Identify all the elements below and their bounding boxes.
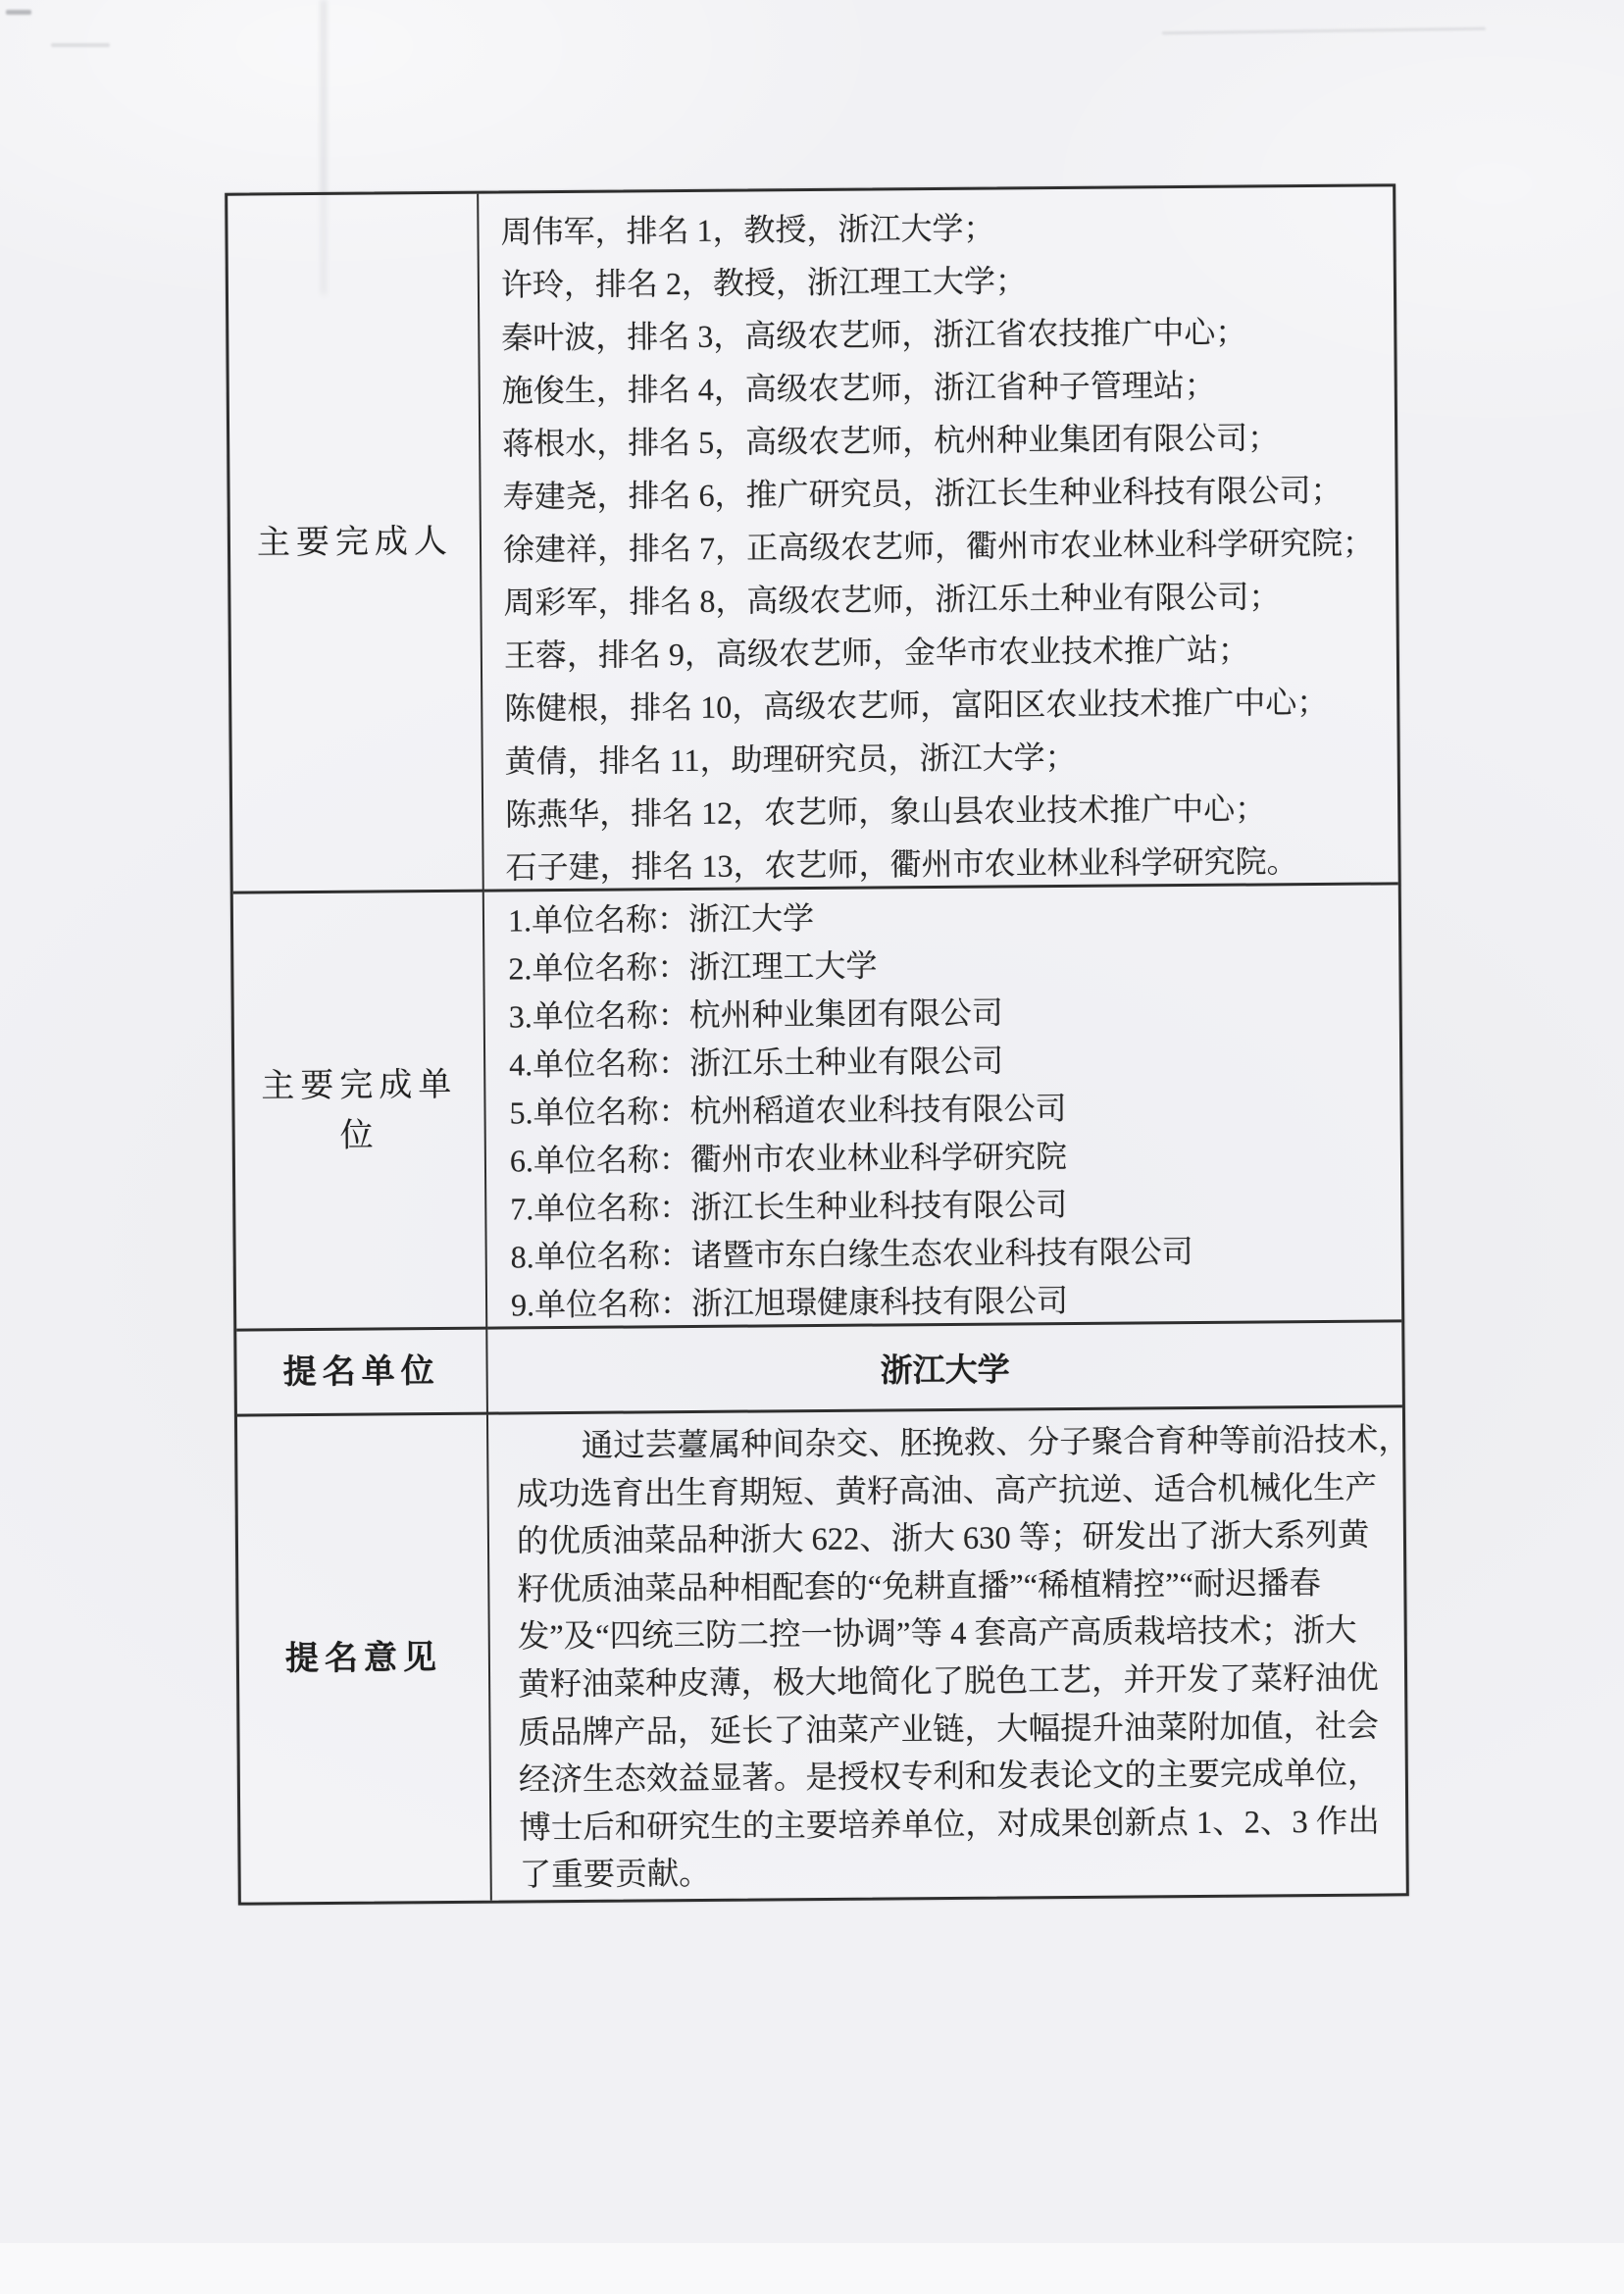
text-line: 质品牌产品，延长了油菜产业链，大幅提升油菜附加值，社会 <box>518 1703 1383 1758</box>
scanned-document-page: 主要完成人 周伟军，排名 1，教授，浙江大学；许玲，排名 2，教授，浙江理工大学… <box>0 0 1624 2294</box>
text-line: 陈燕华，排名 12，农艺师，象山县农业技术推广中心； <box>505 781 1380 841</box>
text-line: 3.单位名称：杭州种业集团有限公司 <box>509 986 1382 1041</box>
text-line: 经济生态效益显著。是授权专利和发表论文的主要完成单位， <box>519 1751 1384 1806</box>
scan-speck <box>6 10 31 15</box>
text-line: 许玲，排名 2，教授，浙江理工大学； <box>501 252 1376 312</box>
text-line: 4.单位名称：浙江乐土种业有限公司 <box>509 1034 1382 1089</box>
text-line: 位 <box>262 1109 458 1161</box>
row-nominating-unit-content-cell: 浙江大学 <box>487 1322 1402 1414</box>
text-line: 的优质油菜品种浙大 622、浙大 630 等；研发出了浙大系列黄 <box>517 1512 1382 1567</box>
row-nomination-opinion-content-cell: 通过芸薹属种间杂交、胚挽救、分子聚合育种等前沿技术，成功选育出生育期短、黄籽高油… <box>488 1407 1406 1900</box>
text-line: 发”及“四统三防二控一协调”等 4 套高产高质栽培技术；浙大 <box>518 1607 1383 1662</box>
text-line: 7.单位名称：浙江长生种业科技有限公司 <box>510 1178 1383 1233</box>
row-nomination-opinion-label-cell: 提名意见 <box>237 1415 492 1903</box>
row-label-main-contributors: 主要完成人 <box>257 517 453 569</box>
row-label-nominating-unit: 提名单位 <box>282 1347 439 1398</box>
text-line: 了重要贡献。 <box>519 1846 1384 1901</box>
text-line: 寿建尧，排名 6，推广研究员，浙江长生种业科技有限公司； <box>502 463 1377 523</box>
text-line: 5.单位名称：杭州稻道农业科技有限公司 <box>509 1082 1382 1137</box>
text-line: 徐建祥，排名 7，正高级农艺师，衢州市农业林业科学研究院； <box>503 516 1378 576</box>
row-main-units-content-cell: 1.单位名称：浙江大学2.单位名称：浙江理工大学3.单位名称：杭州种业集团有限公… <box>484 885 1401 1329</box>
text-line: 石子建，排名 13，农艺师，衢州市农业林业科学研究院。 <box>505 834 1380 892</box>
row-label-main-units: 主要完成单位 <box>261 1059 458 1161</box>
text-line: 施俊生，排名 4，高级农艺师，浙江省种子管理站； <box>502 357 1377 417</box>
text-line: 蒋根水，排名 5，高级农艺师，杭州种业集团有限公司； <box>502 410 1377 470</box>
text-line: 博士后和研究生的主要培养单位，对成果创新点 1、2、3 作出 <box>519 1798 1384 1853</box>
row-main-contributors-label-cell: 主要完成人 <box>228 194 484 894</box>
nominating-unit-value: 浙江大学 <box>880 1344 1009 1391</box>
text-line: 周彩军，排名 8，高级农艺师，浙江乐土种业有限公司； <box>503 569 1378 629</box>
row-main-contributors-content-cell: 周伟军，排名 1，教授，浙江大学；许玲，排名 2，教授，浙江理工大学；秦叶波，排… <box>479 186 1398 892</box>
text-line: 周伟军，排名 1，教授，浙江大学； <box>500 199 1375 259</box>
text-line: 陈健根，排名 10，高级农艺师，富阳区农业技术推广中心； <box>504 675 1379 735</box>
scan-speck <box>51 43 110 47</box>
text-line: 8.单位名称：诸暨市东白缘生态农业科技有限公司 <box>511 1226 1384 1281</box>
text-line: 王蓉，排名 9，高级农艺师，金华市农业技术推广站； <box>504 622 1379 682</box>
text-line: 成功选育出生育期短、黄籽高油、高产抗逆、适合机械化生产 <box>516 1464 1381 1519</box>
text-line: 提名单位 <box>282 1347 439 1398</box>
text-line: 提名意见 <box>285 1633 442 1684</box>
scan-streak <box>1162 27 1486 35</box>
text-line: 通过芸薹属种间杂交、胚挽救、分子聚合育种等前沿技术， <box>516 1416 1381 1471</box>
row-label-nomination-opinion: 提名意见 <box>285 1633 442 1684</box>
text-line: 秦叶波，排名 3，高级农艺师，浙江省农技推广中心； <box>501 304 1376 364</box>
text-line: 9.单位名称：浙江旭璟健康科技有限公司 <box>511 1274 1384 1329</box>
text-line: 黄籽油菜种皮薄，极大地简化了脱色工艺，并开发了菜籽油优 <box>518 1655 1383 1709</box>
nomination-table: 主要完成人 周伟军，排名 1，教授，浙江大学；许玲，排名 2，教授，浙江理工大学… <box>225 183 1409 1905</box>
row-nominating-unit-label-cell: 提名单位 <box>236 1330 488 1417</box>
row-main-units-label-cell: 主要完成单位 <box>233 892 487 1332</box>
text-line: 籽优质油菜品种相配套的“免耕直播”“稀植精控”“耐迟播春 <box>517 1559 1382 1614</box>
text-line: 主要完成单 <box>261 1059 457 1111</box>
text-line: 主要完成人 <box>257 517 453 569</box>
text-line: 6.单位名称：衢州市农业林业科学研究院 <box>510 1130 1383 1185</box>
text-line: 1.单位名称：浙江大学 <box>508 890 1381 944</box>
text-line: 2.单位名称：浙江理工大学 <box>508 938 1381 993</box>
text-line: 黄倩，排名 11，助理研究员，浙江大学； <box>505 728 1380 788</box>
